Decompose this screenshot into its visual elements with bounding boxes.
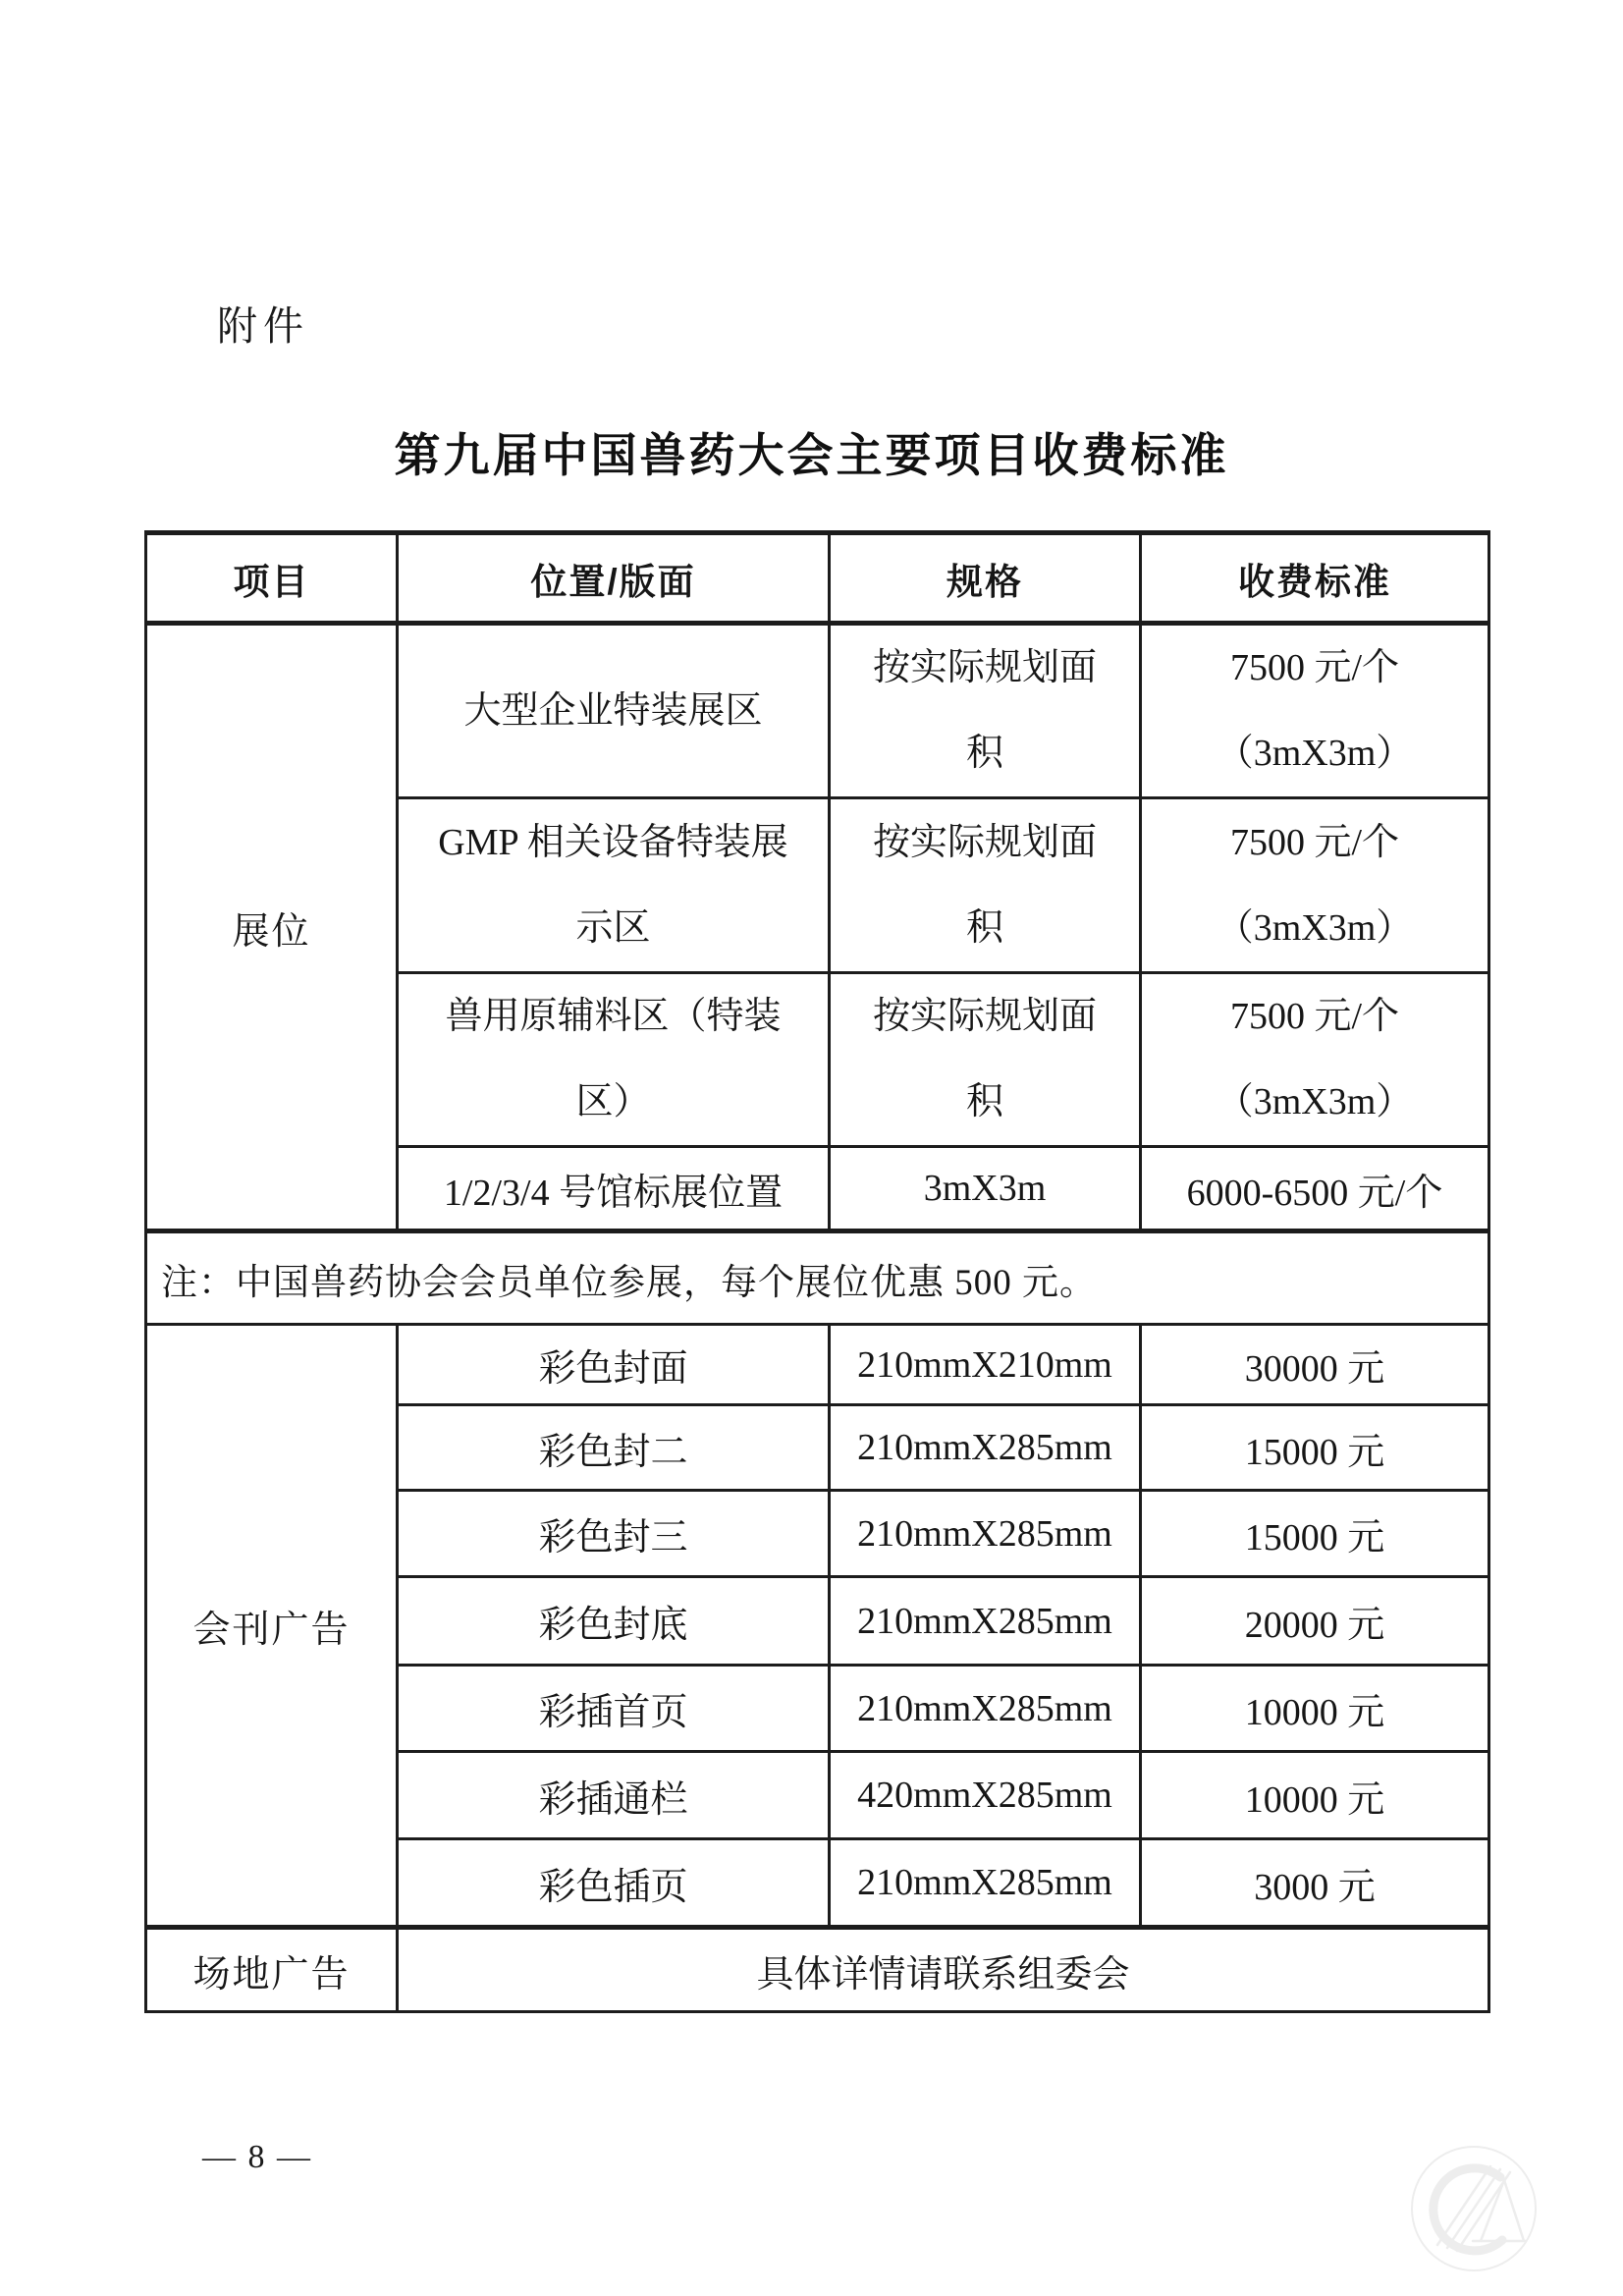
cell-line: （3mX3m） — [1217, 886, 1414, 971]
header-spec: 规格 — [830, 533, 1141, 624]
cell-line: 积 — [966, 711, 1003, 796]
document-page: 附件 第九届中国兽药大会主要项目收费标准 项目 位置/版面 规格 收费标准 展位… — [0, 0, 1623, 2296]
cell-line: 按实际规划面 — [873, 626, 1097, 711]
cell-line: 7500 元/个 — [1230, 800, 1399, 886]
cell-line: 区） — [575, 1060, 650, 1145]
fee-cell: 30000 元 — [1141, 1325, 1489, 1405]
cell-line: 积 — [966, 886, 1003, 971]
table-row-venue: 场地广告 具体详情请联系组委会 — [146, 1928, 1489, 2012]
fee-cell: 7500 元/个 （3mX3m） — [1141, 624, 1489, 798]
cell-line: （3mX3m） — [1217, 711, 1414, 796]
table-row-booth-1: 展位 大型企业特装展区 按实际规划面 积 7500 元/个 （3mX3m） — [146, 624, 1489, 798]
cell-line: （3mX3m） — [1217, 1060, 1414, 1145]
page-title: 第九届中国兽药大会主要项目收费标准 — [0, 419, 1623, 485]
position-cell: 彩色封面 — [398, 1325, 830, 1405]
position-cell: 彩色封三 — [398, 1491, 830, 1577]
table-row-journal-1: 会刊广告 彩色封面 210mmX210mm 30000 元 — [146, 1325, 1489, 1405]
spec-cell: 3mX3m — [830, 1147, 1141, 1231]
attachment-label: 附件 — [217, 294, 309, 352]
cell-line: 7500 元/个 — [1230, 974, 1399, 1060]
position-cell: 彩色插页 — [398, 1839, 830, 1928]
cell-line: GMP 相关设备特装展 — [438, 800, 787, 886]
venue-item-cell: 场地广告 — [146, 1928, 398, 2012]
cell-line: 示区 — [575, 886, 650, 971]
spec-cell: 210mmX285mm — [830, 1666, 1141, 1752]
position-cell: 彩插通栏 — [398, 1752, 830, 1839]
position-cell: 彩色封二 — [398, 1405, 830, 1491]
spec-cell: 210mmX285mm — [830, 1577, 1141, 1666]
note-cell: 注：中国兽药协会会员单位参展，每个展位优惠 500 元。 — [146, 1231, 1489, 1325]
position-cell: 彩插首页 — [398, 1666, 830, 1752]
fee-cell: 15000 元 — [1141, 1491, 1489, 1577]
fee-cell: 10000 元 — [1141, 1666, 1489, 1752]
header-item: 项目 — [146, 533, 398, 624]
spec-cell: 210mmX210mm — [830, 1325, 1141, 1405]
position-cell: 彩色封底 — [398, 1577, 830, 1666]
spec-cell: 210mmX285mm — [830, 1491, 1141, 1577]
watermark-strokes — [1412, 2147, 1536, 2270]
cell-line: 7500 元/个 — [1230, 626, 1399, 711]
fee-cell: 6000-6500 元/个 — [1141, 1147, 1489, 1231]
fee-cell: 10000 元 — [1141, 1752, 1489, 1839]
cell-line: 按实际规划面 — [873, 974, 1097, 1060]
position-cell: 大型企业特装展区 — [398, 624, 830, 798]
position-cell: GMP 相关设备特装展 示区 — [398, 798, 830, 973]
fee-table: 项目 位置/版面 规格 收费标准 展位 大型企业特装展区 按实际规划面 积 75… — [144, 530, 1490, 2013]
spec-cell: 420mmX285mm — [830, 1752, 1141, 1839]
fee-cell: 7500 元/个 （3mX3m） — [1141, 798, 1489, 973]
page-number: — 8 — — [202, 2139, 312, 2176]
cell-line: 兽用原辅料区（特装 — [445, 974, 781, 1060]
venue-detail-cell: 具体详情请联系组委会 — [398, 1928, 1489, 2012]
cell-line: 大型企业特装展区 — [463, 669, 762, 754]
position-cell: 1/2/3/4 号馆标展位置 — [398, 1147, 830, 1231]
fee-cell: 15000 元 — [1141, 1405, 1489, 1491]
spec-cell: 按实际规划面 积 — [830, 973, 1141, 1147]
table-note-row: 注：中国兽药协会会员单位参展，每个展位优惠 500 元。 — [146, 1231, 1489, 1325]
spec-cell: 按实际规划面 积 — [830, 624, 1141, 798]
position-cell: 兽用原辅料区（特装 区） — [398, 973, 830, 1147]
cell-line: 按实际规划面 — [873, 800, 1097, 886]
fee-cell: 7500 元/个 （3mX3m） — [1141, 973, 1489, 1147]
table-header-row: 项目 位置/版面 规格 收费标准 — [146, 533, 1489, 624]
fee-cell: 20000 元 — [1141, 1577, 1489, 1666]
booth-item-cell: 展位 — [146, 624, 398, 1231]
header-position: 位置/版面 — [398, 533, 830, 624]
spec-cell: 210mmX285mm — [830, 1839, 1141, 1928]
spec-cell: 按实际规划面 积 — [830, 798, 1141, 973]
association-logo-watermark — [1404, 2139, 1543, 2278]
fee-cell: 3000 元 — [1141, 1839, 1489, 1928]
journal-item-cell: 会刊广告 — [146, 1325, 398, 1928]
cell-line: 积 — [966, 1060, 1003, 1145]
header-fee: 收费标准 — [1141, 533, 1489, 624]
spec-cell: 210mmX285mm — [830, 1405, 1141, 1491]
